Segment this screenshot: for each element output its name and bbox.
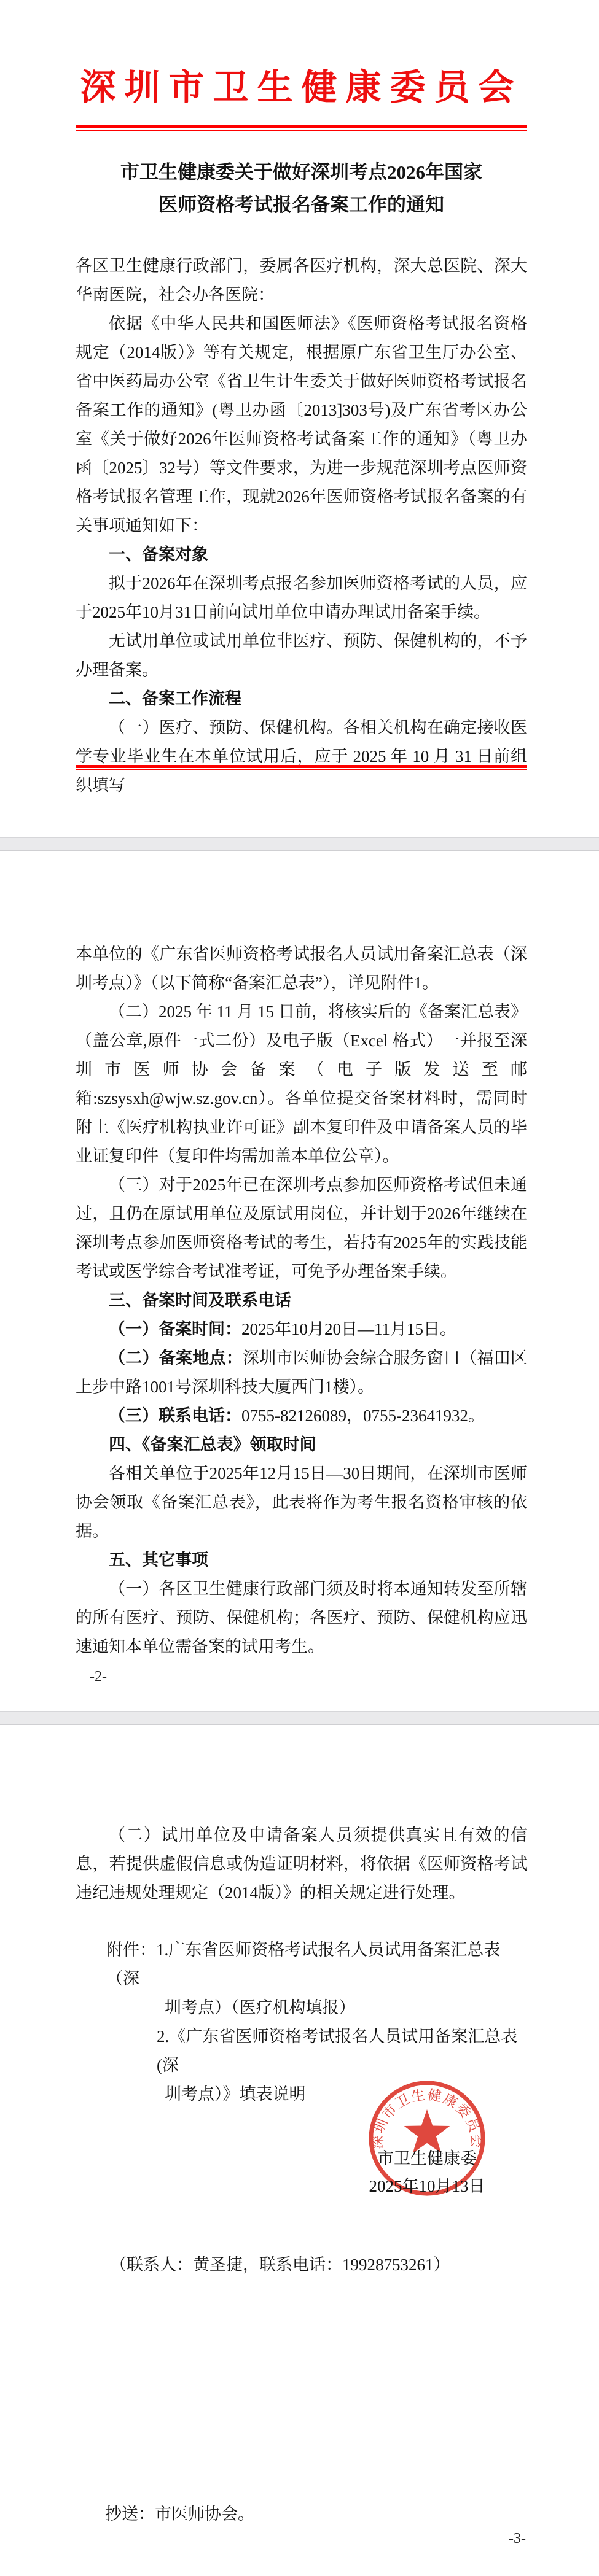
signature-date: 2025年10月13日 (353, 2172, 501, 2201)
red-footer-rule (76, 765, 527, 770)
item-contact-phone-label: （三）联系电话： (109, 1406, 241, 1425)
contact-line: （联系人：黄圣捷，联系电话：19928753261） (110, 2251, 450, 2279)
paragraph-target-1: 拟于2026年在深圳考点报名参加医师资格考试的人员，应于2025年10月31日前… (76, 569, 527, 627)
item-filing-place: （二）备案地点：深圳市医师协会综合服务窗口（福田区上步中路1001号深圳科技大厦… (76, 1344, 527, 1402)
paragraph-flow-3: （三）对于2025年已在深圳考点参加医师资格考试但未通过，且仍在原试用单位及原试… (76, 1171, 527, 1286)
page-2: 本单位的《广东省医师资格考试报名人员试用备案汇总表（深圳考点）》（以下简称“备案… (0, 851, 599, 1711)
red-header-rule (76, 125, 527, 131)
salutation: 各区卫生健康行政部门，委属各医疗机构，深大总医院、深大华南医院，社会办各医院： (76, 252, 527, 309)
section-heading-2: 二、备案工作流程 (76, 685, 527, 713)
paragraph-other-2: （二）试用单位及申请备案人员须提供真实且有效的信息，若提供虚假信息或伪造证明材料… (76, 1821, 527, 1907)
attachment-line-3: 2.《广东省医师资格考试报名人员试用备案汇总表(深 (157, 2022, 527, 2080)
document-title-line1: 市卫生健康委关于做好深圳考点2026年国家 (76, 156, 527, 188)
item-filing-time-value: 2025年10月20日—11月15日。 (241, 1320, 456, 1338)
item-filing-time: （一）备案时间：2025年10月20日—11月15日。 (76, 1315, 527, 1344)
attachment-label: 附件： (106, 1941, 156, 1959)
document-title-line2: 医师资格考试报名备案工作的通知 (76, 188, 527, 221)
paragraph-other-1: （一）各区卫生健康行政部门须及时将本通知转发至所辖的所有医疗、预防、保健机构；各… (76, 1575, 527, 1661)
item-filing-place-label: （二）备案地点： (109, 1349, 243, 1367)
paragraph-flow-1-continued: 本单位的《广东省医师资格考试报名人员试用备案汇总表（深圳考点）》（以下简称“备案… (76, 940, 527, 998)
cc-line: 抄送：市医师协会。 (105, 2500, 254, 2529)
signature-agency: 市卫生健康委 (359, 2144, 495, 2173)
page-separator (0, 837, 599, 851)
agency-header: 深圳市卫生健康委员会 (76, 0, 527, 107)
paragraph-basis: 依据《中华人民共和国医师法》《医师资格考试报名资格规定（2014版）》等有关规定… (76, 309, 527, 540)
attachment-line-2: 圳考点）（医疗机构填报） (165, 1993, 527, 2022)
page-1: 深圳市卫生健康委员会 市卫生健康委关于做好深圳考点2026年国家 医师资格考试报… (0, 0, 599, 837)
section-heading-1: 一、备案对象 (76, 540, 527, 569)
item-contact-phone: （三）联系电话：0755-82126089，0755-23641932。 (76, 1402, 527, 1430)
page-separator (0, 1711, 599, 1725)
paragraph-receive: 各相关单位于2025年12月15日—30日期间，在深圳市医师协会领取《备案汇总表… (76, 1459, 527, 1546)
attachment-line-1: 附件：1.广东省医师资格考试报名人员试用备案汇总表（深 (106, 1936, 527, 1993)
section-heading-4: 四、《备案汇总表》领取时间 (76, 1430, 527, 1459)
attachment-item-1: 1.广东省医师资格考试报名人员试用备案汇总表（深 (106, 1941, 500, 1988)
page-number-2: -2- (90, 1669, 107, 1685)
document-title: 市卫生健康委关于做好深圳考点2026年国家 医师资格考试报名备案工作的通知 (76, 156, 527, 221)
page-number-3: -3- (509, 2531, 526, 2547)
item-contact-phone-value: 0755-82126089，0755-23641932。 (241, 1406, 485, 1425)
item-filing-time-label: （一）备案时间： (109, 1320, 241, 1338)
section-heading-5: 五、其它事项 (76, 1546, 527, 1575)
paragraph-target-2: 无试用单位或试用单位非医疗、预防、保健机构的，不予办理备案。 (76, 627, 527, 685)
section-heading-3: 三、备案时间及联系电话 (76, 1286, 527, 1315)
paragraph-flow-2: （二）2025 年 11 月 15 日前，将核实后的《备案汇总表》（盖公章,原件… (76, 998, 527, 1171)
document-viewer: 深圳市卫生健康委员会 市卫生健康委关于做好深圳考点2026年国家 医师资格考试报… (0, 0, 599, 2576)
paragraph-flow-1: （一）医疗、预防、保健机构。各相关机构在确定接收医学专业毕业生在本单位试用后，应… (76, 713, 527, 800)
page-3: （二）试用单位及申请备案人员须提供真实且有效的信息，若提供虚假信息或伪造证明材料… (0, 1725, 599, 2576)
